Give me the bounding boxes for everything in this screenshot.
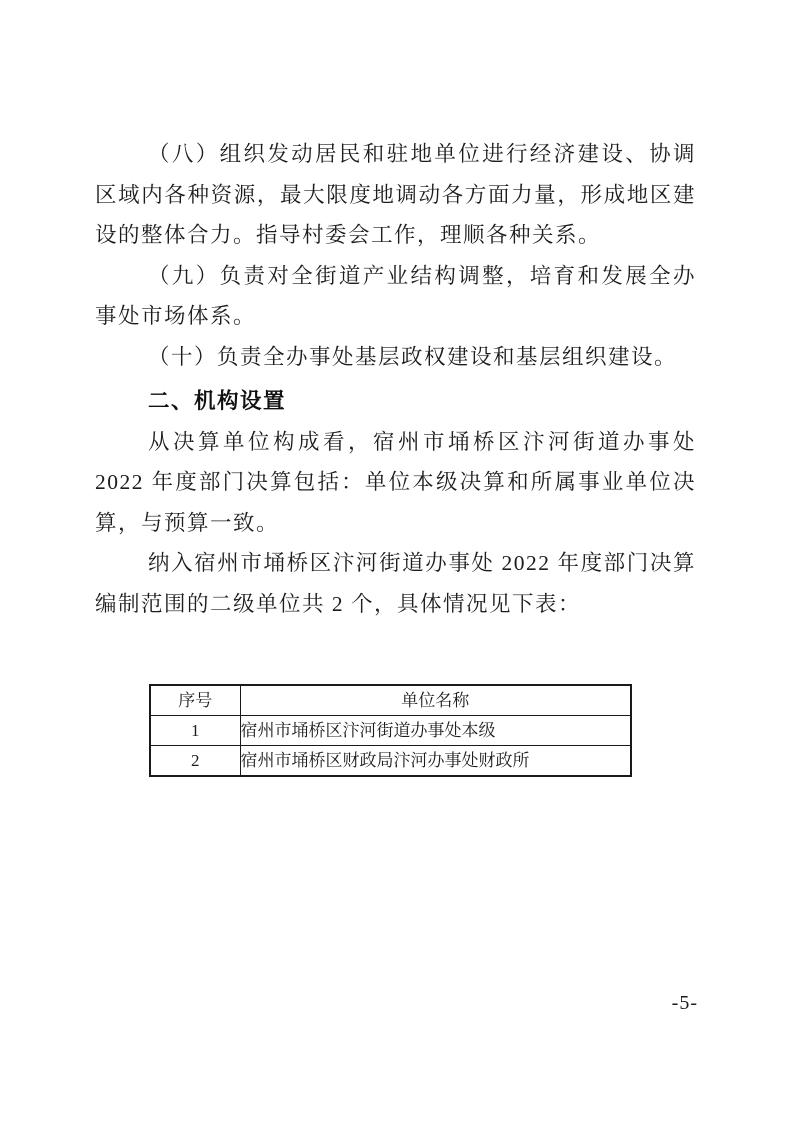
units-table: 序号 单位名称 1 宿州市埇桥区汴河街道办事处本级 2 宿州市埇桥区财政局汴河办… — [149, 684, 632, 777]
document-body: （八）组织发动居民和驻地单位进行经济建设、协调区域内各种资源，最大限度地调动各方… — [95, 134, 696, 777]
units-table-header-row: 序号 单位名称 — [150, 685, 631, 716]
page-number: -5- — [672, 992, 698, 1015]
units-table-row: 1 宿州市埇桥区汴河街道办事处本级 — [150, 716, 631, 746]
section-paragraph-composition: 从决算单位构成看，宿州市埇桥区汴河街道办事处 2022 年度部门决算包括：单位本… — [95, 422, 696, 544]
units-table-cell-name: 宿州市埇桥区汴河街道办事处本级 — [240, 716, 631, 746]
document-page: （八）组织发动居民和驻地单位进行经济建设、协调区域内各种资源，最大限度地调动各方… — [0, 0, 793, 1122]
section-heading-organization: 二、机构设置 — [95, 381, 696, 422]
duty-paragraph-8: （八）组织发动居民和驻地单位进行经济建设、协调区域内各种资源，最大限度地调动各方… — [95, 134, 696, 256]
units-table-header-seq: 序号 — [150, 685, 240, 716]
units-table-header-name: 单位名称 — [240, 685, 631, 716]
units-table-cell-seq: 1 — [150, 716, 240, 746]
duty-paragraph-10: （十）负责全办事处基层政权建设和基层组织建设。 — [95, 337, 696, 378]
duty-paragraph-9: （九）负责对全街道产业结构调整，培育和发展全办事处市场体系。 — [95, 256, 696, 337]
units-table-cell-seq: 2 — [150, 746, 240, 777]
units-table-row: 2 宿州市埇桥区财政局汴河办事处财政所 — [150, 746, 631, 777]
section-paragraph-scope: 纳入宿州市埇桥区汴河街道办事处 2022 年度部门决算编制范围的二级单位共 2 … — [95, 543, 696, 624]
units-table-cell-name: 宿州市埇桥区财政局汴河办事处财政所 — [240, 746, 631, 777]
